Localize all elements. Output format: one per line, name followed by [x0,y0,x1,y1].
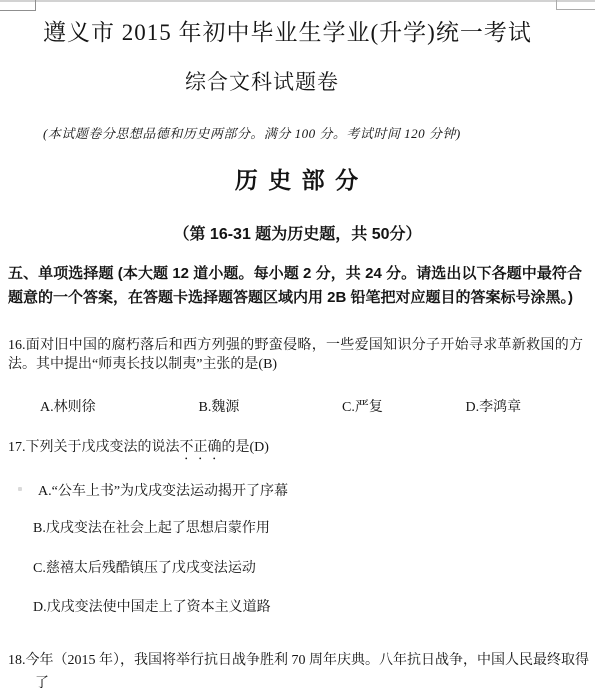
question-16-option-c: C.严复 [342,396,462,416]
question-17-option-d: D.戊戌变法使中国走上了资本主义道路 [33,596,271,616]
question-17-emphasized-text: 不正确 [180,440,222,455]
page-top-edge-line [0,0,595,2]
page-subtitle: 综合文科试题卷 [185,66,339,96]
question-17-option-a: A.“公车上书”为戊戌变法运动揭开了序幕 [38,480,288,500]
exam-paper-page: 遵义市 2015 年初中毕业生学业(升学)统一考试 综合文科试题卷 (本试题卷分… [0,0,595,688]
question-17-text: 17.下列关于戊戌变法的说法不正确的是(D) [8,438,583,463]
stray-scan-dot [18,487,22,491]
question-17-option-b: B.戊戌变法在社会上起了思想启蒙作用 [33,517,270,537]
exam-scope-note: (本试题卷分思想品德和历史两部分。满分 100 分。考试时间 120 分钟) [43,123,461,142]
question-16-option-d: D.李鸿章 [466,396,522,416]
margin-crop-mark-left-icon [0,10,35,11]
question-17-option-c: C.慈禧太后残酷镇压了戊戌变法运动 [33,557,256,577]
question-16-options-row: A.林则徐 B.魏源 C.严复 D.李鸿章 [40,396,521,416]
multiple-choice-instructions: 五、单项选择题 (本大题 12 道小题。每小题 2 分，共 24 分。请选出以下… [8,262,582,310]
margin-crop-mark-left-icon [35,0,36,11]
question-17-text-post: 的是(D) [222,440,269,455]
page-title: 遵义市 2015 年初中毕业生学业(升学)统一考试 [43,14,532,47]
margin-crop-mark-right-icon [556,9,595,10]
section-title: 历 史 部 分 [0,162,595,195]
question-16-text: 16.面对旧中国的腐朽落后和西方列强的野蛮侵略，一些爱国知识分子开始寻求革新救国… [8,336,583,374]
question-16-option-a: A.林则徐 [40,396,195,416]
question-18-text: 18.今年（2015 年），我国将举行抗日战争胜利 70 周年庆典。八年抗日战争… [8,649,589,688]
section-range-note: （第 16-31 题为历史题，共 50分） [0,221,595,244]
margin-crop-mark-right-icon [556,0,557,10]
question-17-text-pre: 17.下列关于戊戌变法的说法 [8,440,180,455]
question-16-option-b: B.魏源 [199,396,339,416]
